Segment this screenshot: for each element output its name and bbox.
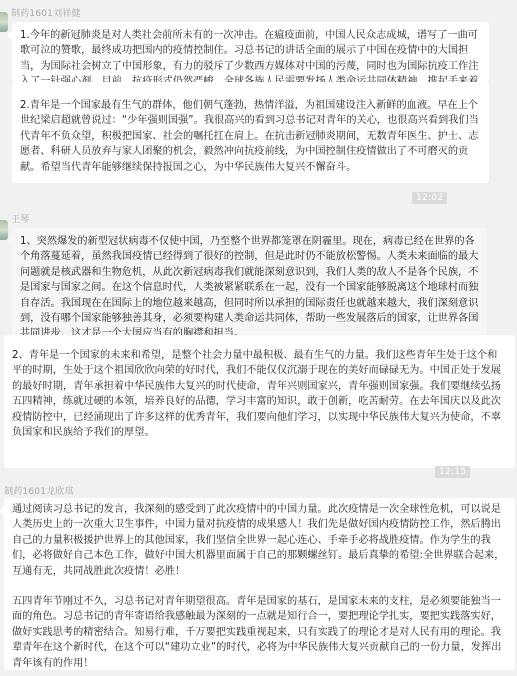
timestamp: 12:15 — [435, 466, 470, 478]
message-text: 五四青年节刚过不久，习总书记对青年期望很高。青年是国家的基石，是国家未来的支柱，… — [12, 594, 507, 671]
message-text: 2、青年是一个国家的未来和希望，是整个社会力量中最积极、最有生气的力量。我们这些… — [12, 348, 507, 440]
timestamp: 12:02 — [412, 192, 447, 204]
message-bubble[interactable]: 1.今年的新冠肺炎是对人类社会前所未有的一次冲击。在瘟疫面前，中国人民众志成城，… — [12, 22, 489, 82]
sender-name: 王琴 — [11, 212, 29, 225]
message-text: 1、突然爆发的新型冠状病毒不仅使中国，乃至整个世界都笼罩在阴霾里。现在，病毒已经… — [20, 234, 479, 342]
message-bubble[interactable]: 通过阅读习总书记的发言，我深刻的感受到了此次疫情中的中国力量。此次疫情是一次全球… — [4, 498, 515, 670]
message-bubble[interactable]: 1、突然爆发的新型冠状病毒不仅使中国，乃至整个世界都笼罩在阴霾里。现在，病毒已经… — [12, 228, 487, 338]
sender-name: 制药1601龙欣琪 — [4, 484, 74, 497]
message-text: 2.青年是一个国家最有生气的群体，他们朝气蓬勃，热情洋溢，为祖国建设注入新鲜的血… — [20, 98, 481, 175]
message-bubble[interactable]: 2、青年是一个国家的未来和希望，是整个社会力量中最积极、最有生气的力量。我们这些… — [4, 335, 515, 468]
sender-name: 制药1601刘祥健 — [11, 6, 81, 19]
avatar[interactable] — [0, 12, 8, 32]
message-text: 通过阅读习总书记的发言，我深刻的感受到了此次疫情中的中国力量。此次疫情是一次全球… — [12, 502, 507, 579]
message-bubble[interactable]: 2.青年是一个国家最有生气的群体，他们朝气蓬勃，热情洋溢，为祖国建设注入新鲜的血… — [12, 82, 489, 183]
